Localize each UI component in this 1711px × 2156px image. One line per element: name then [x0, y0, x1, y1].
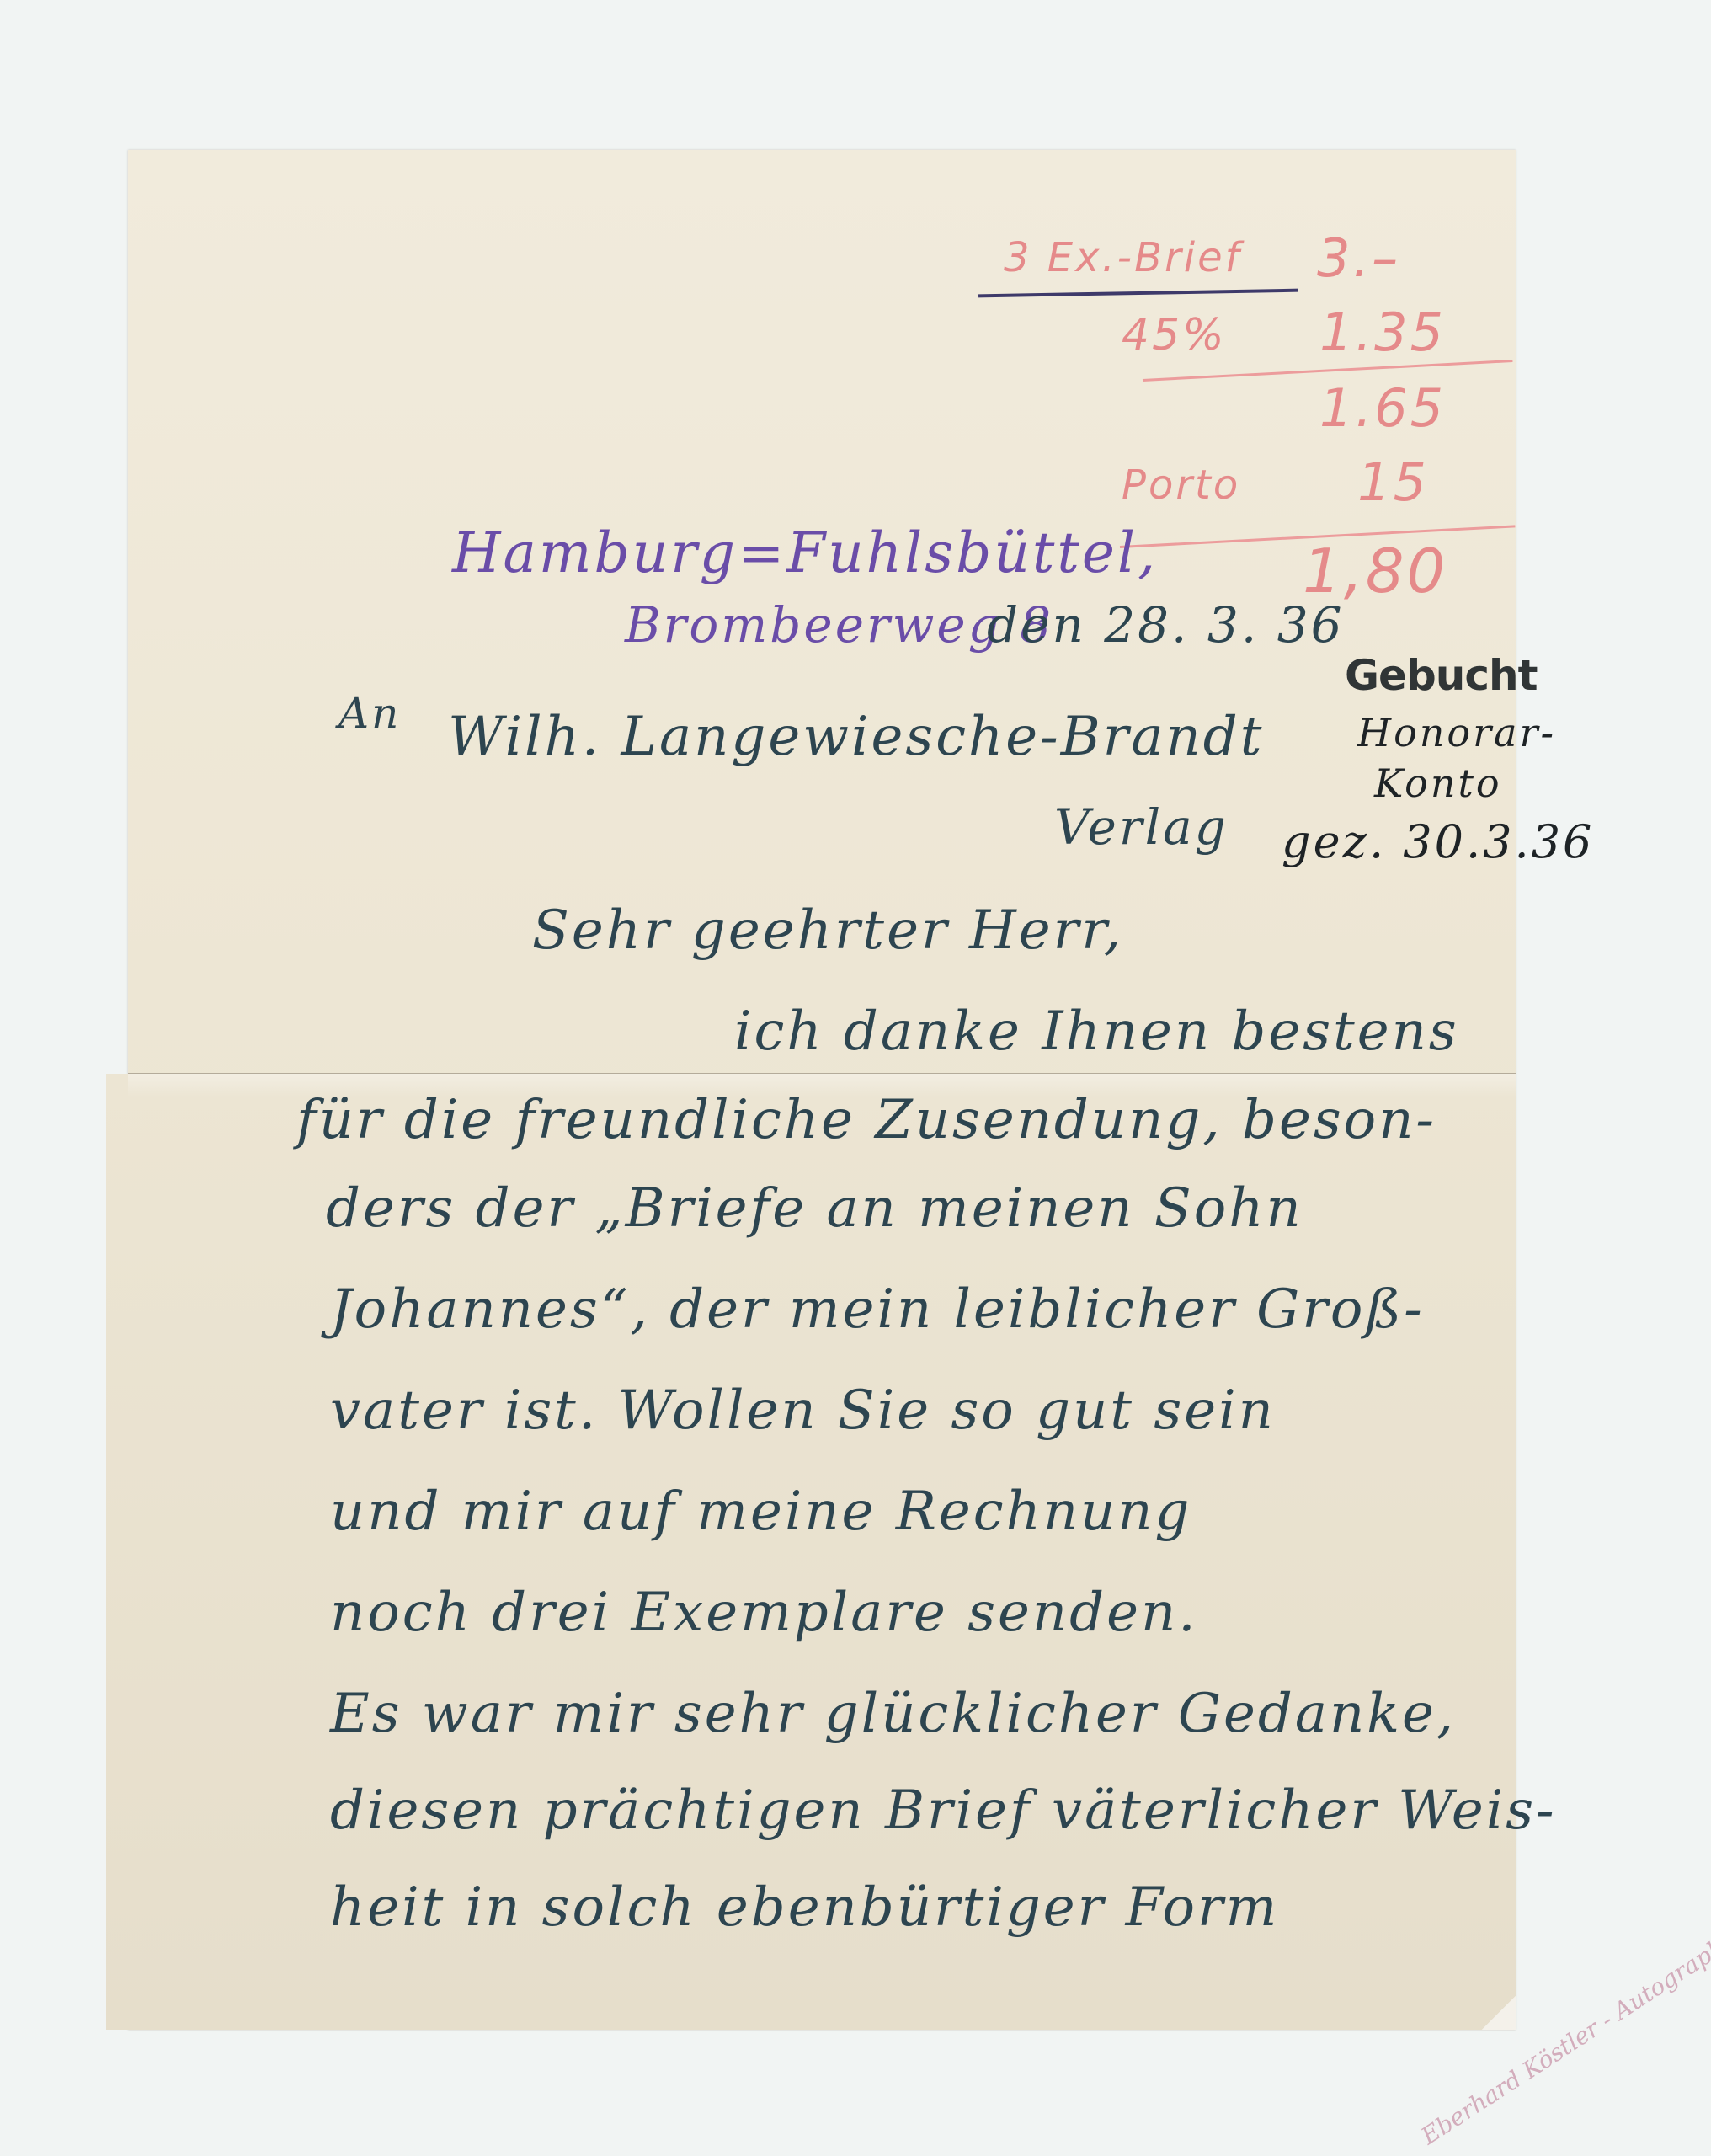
body-line: ich danke Ihnen bestens: [734, 1001, 1459, 1063]
stamp-line-1: Honorar-: [1357, 710, 1556, 755]
letter-date: den 28. 3. 36: [987, 596, 1345, 654]
body-line: Es war mir sehr glücklicher Gedanke,: [330, 1683, 1456, 1745]
stamp-title: Gebucht: [1345, 651, 1537, 700]
body-line: noch drei Exemplare senden.: [330, 1582, 1198, 1644]
discount-value: 1.35: [1319, 302, 1446, 363]
discount-label: 45%: [1122, 310, 1227, 360]
recipient-line-2: Verlag: [1054, 798, 1229, 856]
stamp-line-3: gez. 30.3.36: [1282, 815, 1594, 868]
postage-value: 15: [1357, 451, 1429, 513]
folded-corner: [1482, 1996, 1516, 2030]
body-line: und mir auf meine Rechnung: [330, 1481, 1191, 1543]
body-line: vater ist. Wollen Sie so gut sein: [330, 1380, 1276, 1442]
item-label: 3 Ex.-Brief: [1004, 234, 1242, 281]
body-line: ders der „Briefe an meinen Sohn: [326, 1177, 1303, 1240]
subtotal-value: 1.65: [1319, 377, 1446, 439]
postage-label: Porto: [1122, 462, 1240, 509]
letter-sheet: 3 Ex.-Brief 3.– 45% 1.35 1.65 Porto 15 1…: [128, 150, 1516, 2030]
body-line: diesen prächtigen Brief väterlicher Weis…: [330, 1780, 1557, 1842]
address-line-1: Hamburg=Fuhlsbüttel,: [452, 520, 1158, 585]
recipient-name: Wilh. Langewiesche-Brandt: [448, 706, 1264, 768]
item-value: 3.–: [1317, 227, 1400, 289]
underline: [978, 289, 1298, 298]
salutation: Sehr geehrter Herr,: [532, 899, 1123, 962]
body-line: heit in solch ebenbürtiger Form: [330, 1876, 1279, 1939]
stamp-line-2: Konto: [1374, 760, 1502, 806]
recipient-prefix: An: [338, 689, 401, 738]
body-line: für die freundliche Zusendung, beson-: [296, 1089, 1436, 1151]
body-line: Johannes“, der mein leiblicher Groß-: [330, 1278, 1425, 1341]
